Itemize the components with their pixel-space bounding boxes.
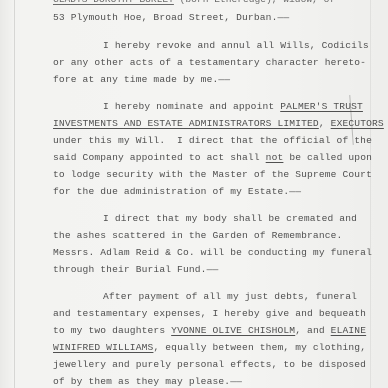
bequest-line-3: to my two daughters YVONNE OLIVE CHISHOL… [53, 325, 366, 337]
bequest-line-5: jewellery and purely personal effects, t… [53, 359, 366, 371]
daughter-name-2-part2: WINIFRED WILLIAMS [53, 342, 153, 353]
executor-line-1: I hereby nominate and appoint PALMER'S T… [103, 101, 363, 113]
testator-name: GLADYS DOROTHY BURLEY [53, 0, 174, 5]
bequest-line-4: WINIFRED WILLIAMS, equally between them,… [53, 342, 366, 354]
page-fold-right [370, 0, 371, 388]
revocation-line-1: I hereby revoke and annul all Wills, Cod… [103, 40, 369, 52]
executor-company-part2: INVESTMENTS AND ESTATE ADMINISTRATORS LI… [53, 118, 319, 129]
executor-company-part1: PALMER'S TRUST [280, 101, 363, 112]
testator-line: GLADYS DOROTHY BURLEY (born Etheredge), … [53, 0, 335, 6]
executor-line-2: INVESTMENTS AND ESTATE ADMINISTRATORS LI… [53, 118, 384, 130]
address-line: 53 Plymouth Hoe, Broad Street, Durban.—— [53, 12, 289, 24]
not-emphasis: not [266, 152, 284, 163]
daughter-name-2-part1: ELAINE [331, 325, 366, 336]
executor-line-5: to lodge security with the Master of the… [53, 169, 372, 181]
cremation-line-4: through their Burial Fund.—— [53, 264, 218, 276]
executor-line-6: for the due administration of my Estate.… [53, 186, 301, 198]
cremation-line-2: the ashes scattered in the Garden of Rem… [53, 230, 342, 242]
document-page: GLADYS DOROTHY BURLEY (born Etheredge), … [0, 0, 388, 388]
executor-line-3: under this my Will. I direct that the of… [53, 135, 372, 147]
executors-label: EXECUTORS [331, 118, 384, 129]
bequest-line-1: After payment of all my just debts, fune… [103, 291, 357, 303]
cremation-line-1: I direct that my body shall be cremated … [103, 213, 357, 225]
daughter-name-1: YVONNE OLIVE CHISHOLM [171, 325, 295, 336]
executor-line-4: said Company appointed to act shall not … [53, 152, 372, 164]
page-fold-left [14, 0, 15, 388]
revocation-line-3: fore at any time made by me.—— [53, 74, 230, 86]
bequest-line-2: and testamentary expenses, I hereby give… [53, 308, 366, 320]
cremation-line-3: Messrs. Adlam Reid & Co. will be conduct… [53, 247, 372, 259]
bequest-line-6: of by them as they may please.—— [53, 376, 242, 388]
revocation-line-2: or any other acts of a testamentary char… [53, 57, 366, 69]
